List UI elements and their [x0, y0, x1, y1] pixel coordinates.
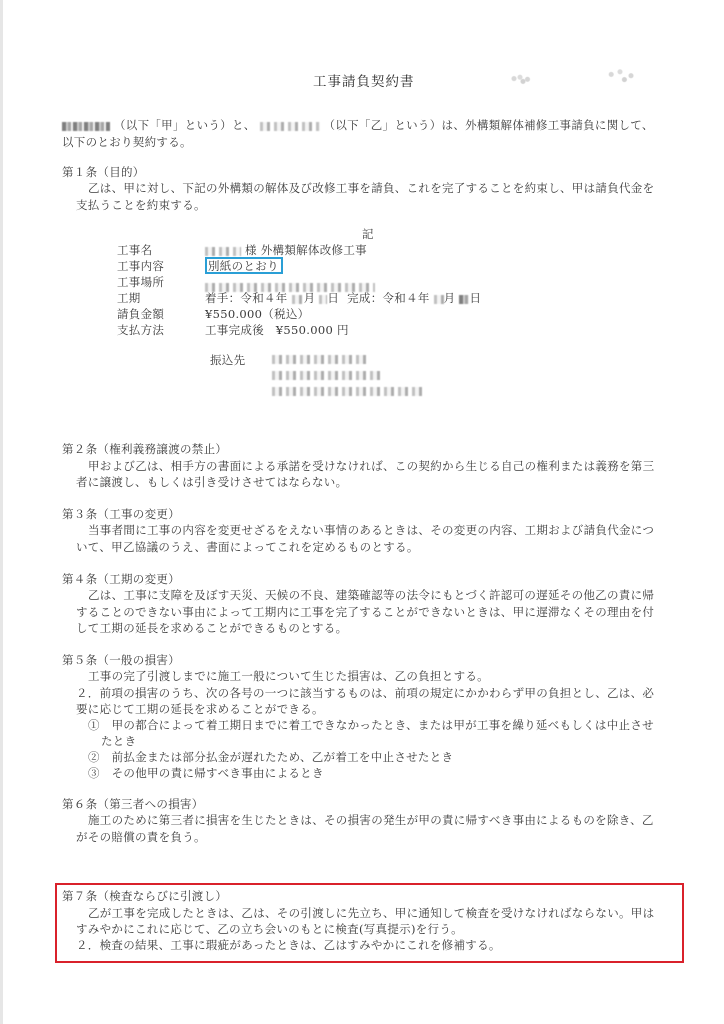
detail-label: 請負金額	[117, 306, 164, 322]
article-6-line: 施工のために第三者に損害を生じたときは、その損害の発生が甲の責に帰すべき事由によ…	[88, 812, 654, 828]
document-title: 工事請負契約書	[313, 70, 415, 90]
article-6-heading: 第６条（第三者への損害）	[62, 796, 204, 812]
article-2-line: 者に譲渡し、もしくは引き受けさせてはならない。	[76, 474, 347, 490]
detail-label: 工事場所	[117, 274, 164, 290]
article-6-line: がその賠償の責を負う。	[76, 829, 206, 845]
intro-line-2: 以下のとおり契約する。	[62, 134, 192, 150]
detail-value-payment: 工事完成後 ¥550.000 円	[205, 322, 349, 338]
seal-stamp-faint	[505, 73, 535, 87]
intro-line-1: （以下「甲」という）と、 （以下「乙」という）は、外構類解体補修工事請負に関して…	[62, 117, 654, 133]
article-7-line: 乙が工事を完成したときは、乙は、その引渡しに先立ち、甲に通知して検査を受けなけれ…	[88, 905, 654, 921]
detail-label: 工事内容	[117, 258, 164, 274]
article-7-line: すみやかにこれに応じて、乙の立ち会いのもとに検査(写真提示)を行う。	[76, 921, 463, 937]
detail-value-amount: ¥550.000（税込）	[205, 306, 309, 322]
detail-value-project-name: 様 外構類解体改修工事	[205, 242, 367, 258]
ki-heading: 記	[362, 226, 374, 242]
article-2-line: 甲および乙は、相手方の書面による承諾を受けなければ、この契約から生じる自己の権利…	[88, 458, 654, 474]
detail-label: 支払方法	[117, 322, 164, 338]
article-4-line: して工期の延長を求めることができるものとする。	[76, 620, 347, 636]
article-1-heading: 第１条（目的）	[62, 164, 145, 180]
transfer-label: 振込先	[210, 352, 245, 368]
detail-value-period: 着手：令和４年 月 日 完成：令和４年 月 日	[205, 290, 481, 306]
article-3-line: 当事者間に工事の内容を変更せざるをえない事情のあるときは、その変更の内容、工期お…	[88, 522, 654, 538]
article-5-item: ③ その他甲の責に帰すべき事由によるとき	[88, 765, 324, 781]
article-5-line: 要に応じて工期の延長を求めることができる。	[76, 701, 324, 717]
redacted-client-name	[205, 247, 241, 256]
article-4-line: 乙は、工事に支障を及ぼす天災、天候の不良、建築確認等の法令にもとづく許認可の遅延…	[88, 587, 654, 603]
seal-stamp	[598, 64, 642, 90]
highlight-box-blue	[205, 257, 283, 274]
article-4-line: することのできない事由によって工期内に工事を完了することができないときは、甲に遅…	[76, 604, 654, 620]
page-edge	[0, 0, 3, 1024]
redacted-party-b	[260, 122, 320, 131]
article-7-line: ２．検査の結果、工事に瑕疵があったときは、乙はすみやかにこれを修補する。	[76, 937, 501, 953]
article-3-line: いて、甲乙協議のうえ、書面によってこれを定めるものとする。	[76, 539, 419, 555]
article-2-heading: 第２条（権利義務譲渡の禁止）	[62, 441, 227, 457]
article-5-line: ２．前項の損害のうち、次の各号の一つに該当するものは、前項の規定にかかわらず甲の…	[76, 685, 654, 701]
article-1-line: 支払うことを約束する。	[76, 197, 206, 213]
article-4-heading: 第４条（工期の変更）	[62, 571, 180, 587]
article-1-line: 乙は、甲に対し、下記の外構類の解体及び改修工事を請負、これを完了することを約束し…	[88, 180, 654, 196]
article-5-item: たとき	[101, 733, 136, 749]
article-5-heading: 第５条（一般の損害）	[62, 652, 180, 668]
redacted-party-a	[62, 122, 110, 131]
detail-label: 工期	[117, 290, 141, 306]
article-3-heading: 第３条（工事の変更）	[62, 506, 180, 522]
article-5-item: ② 前払金または部分払金が遅れたため、乙が着工を中止させたとき	[88, 749, 453, 765]
redacted-bank-info	[272, 355, 422, 396]
article-7-heading: 第７条（検査ならびに引渡し）	[62, 888, 227, 904]
article-5-line: 工事の完了引渡しまでに施工一般について生じた損害は、乙の負担とする。	[88, 668, 489, 684]
detail-label: 工事名	[117, 242, 152, 258]
article-5-item: ① 甲の都合によって着工期日までに着工できなかったとき、または甲が工事を繰り延べ…	[88, 717, 654, 733]
